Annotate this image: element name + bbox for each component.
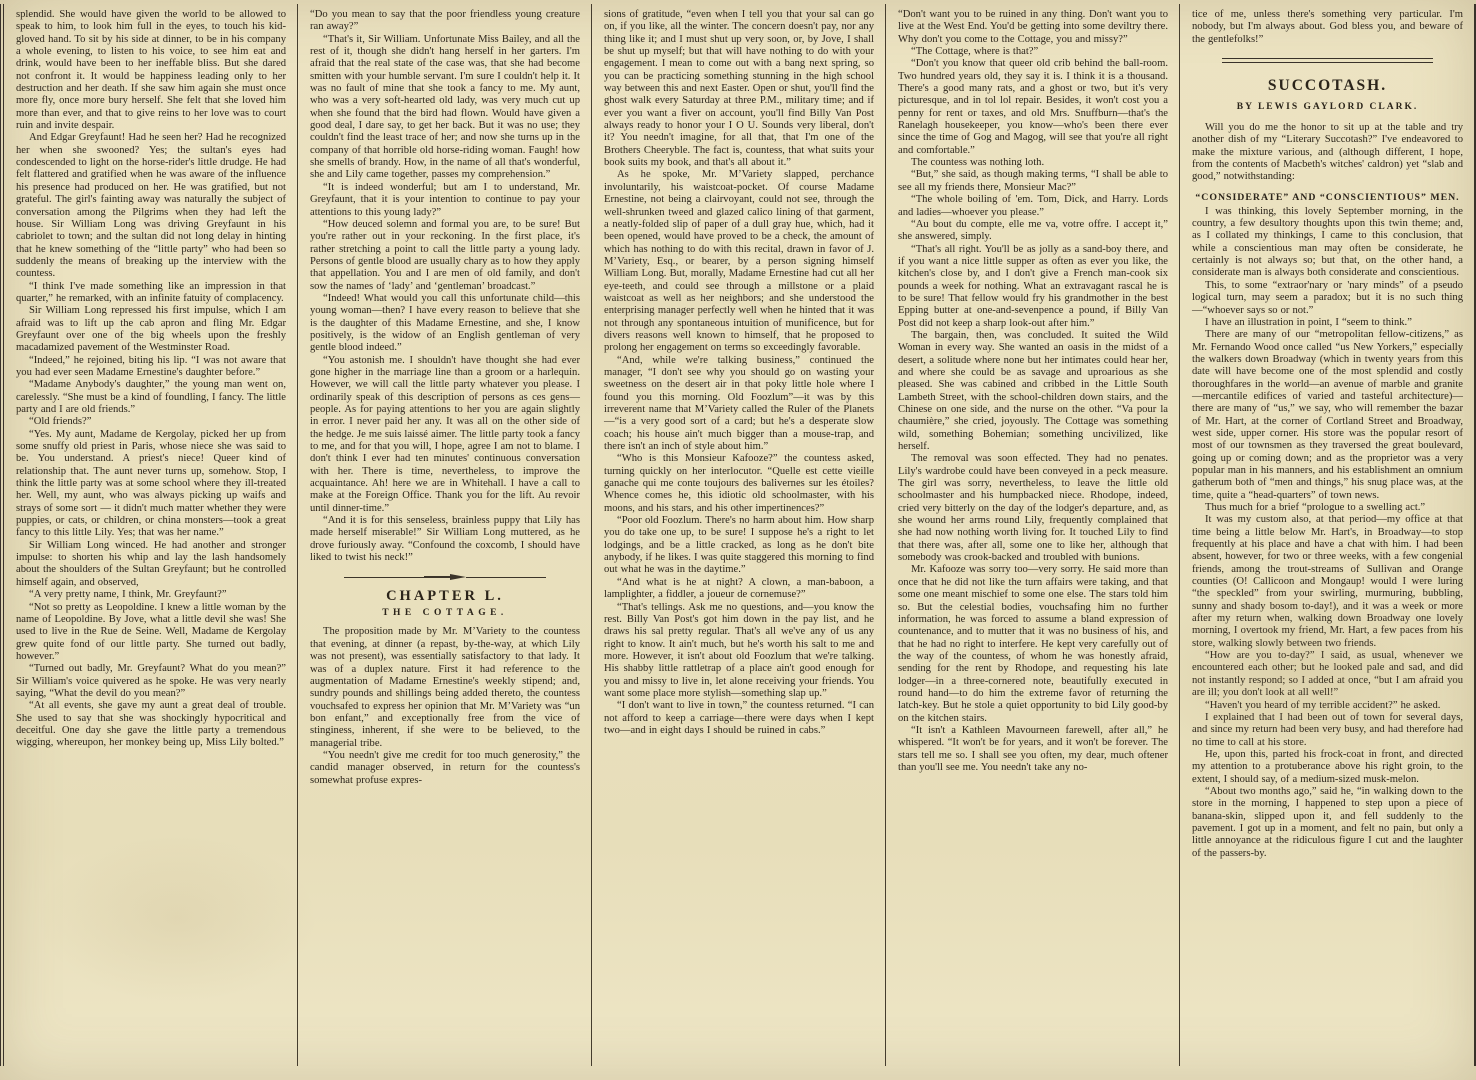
paragraph: “That's all right. You'll be as jolly as… — [898, 244, 1168, 330]
paragraph: “Turned out badly, Mr. Greyfaunt? What d… — [16, 663, 286, 700]
paragraph: “Old friends?” — [16, 416, 286, 428]
paragraph: I was thinking, this lovely September mo… — [1192, 206, 1463, 280]
paragraph: “And what is he at night? A clown, a man… — [604, 577, 874, 602]
text-column-4: “Don't want you to be ruined in any thin… — [886, 4, 1180, 1066]
paragraph: “Indeed,” he rejoined, biting his lip. “… — [16, 355, 286, 380]
paragraph-continued: splendid. She would have given the world… — [16, 9, 286, 132]
rule-segment — [450, 574, 466, 580]
paragraph: “I don't want to live in town,” the coun… — [604, 700, 874, 737]
paragraph: There are many of our “metropolitan fell… — [1192, 329, 1463, 502]
paragraph: “Haven't you heard of my terrible accide… — [1192, 700, 1463, 712]
rule-segment — [344, 577, 424, 578]
paragraph: “Yes. My aunt, Madame de Kergolay, picke… — [16, 429, 286, 540]
paragraph: “You needn't give me credit for too much… — [310, 750, 580, 787]
paragraph: “Madame Anybody's daughter,” the young m… — [16, 379, 286, 416]
paragraph: “Au bout du compte, elle me va, votre of… — [898, 219, 1168, 244]
paragraph: “How deuced solemn and formal you are, t… — [310, 219, 580, 293]
paragraph: “You astonish me. I shouldn't have thoug… — [310, 355, 580, 515]
paragraph-continued: sions of gratitude, “even when I tell yo… — [604, 9, 874, 169]
page-columns-container: splendid. She would have given the world… — [0, 4, 1476, 1066]
paragraph: “It is indeed wonderful; but am I to und… — [310, 182, 580, 219]
paragraph: I explained that I had been out of town … — [1192, 712, 1463, 749]
paragraph: The bargain, then, was concluded. It sui… — [898, 330, 1168, 453]
swelled-rule-divider — [344, 574, 546, 580]
paragraph: “That's tellings. Ask me no questions, a… — [604, 602, 874, 701]
text-column-5: tice of me, unless there's something ver… — [1180, 4, 1474, 1066]
paragraph: He, upon this, parted his frock-coat in … — [1192, 749, 1463, 786]
paragraph: “Who is this Monsieur Kafooze?” the coun… — [604, 453, 874, 515]
paragraph: Mr. Kafooze was sorry too—very sorry. He… — [898, 564, 1168, 724]
paragraph-continued: tice of me, unless there's something ver… — [1192, 9, 1463, 46]
paragraph: “The whole boiling of 'em. Tom, Dick, an… — [898, 194, 1168, 219]
paragraph-continued: “Do you mean to say that the poor friend… — [310, 9, 580, 34]
paragraph: The proposition made by Mr. M’Variety to… — [310, 626, 580, 749]
paragraph: “And it is for this senseless, brainless… — [310, 515, 580, 564]
text-column-3: sions of gratitude, “even when I tell yo… — [592, 4, 886, 1066]
paragraph: Sir William Long repressed his first imp… — [16, 305, 286, 354]
paragraph: “A very pretty name, I think, Mr. Greyfa… — [16, 589, 286, 601]
article-title: SUCCOTASH. — [1192, 77, 1463, 95]
chapter-subtitle: THE COTTAGE. — [310, 608, 580, 618]
double-rule-divider — [1222, 58, 1433, 63]
paragraph: And Edgar Greyfaunt! Had he seen her? Ha… — [16, 132, 286, 280]
paragraph-continued: “Don't want you to be ruined in any thin… — [898, 9, 1168, 46]
paragraph: “The Cottage, where is that?” — [898, 46, 1168, 58]
paragraph: “How are you to-day?” I said, as usual, … — [1192, 650, 1463, 699]
rule-segment — [424, 576, 450, 578]
paragraph: “About two months ago,” said he, “in wal… — [1192, 786, 1463, 860]
paragraph: The countess was nothing loth. — [898, 157, 1168, 169]
paragraph: “Not so pretty as Leopoldine. I knew a l… — [16, 602, 286, 664]
paragraph: Will you do me the honor to sit up at th… — [1192, 122, 1463, 184]
paragraph: Sir William Long winced. He had another … — [16, 540, 286, 589]
paragraph: “But,” she said, as though making terms,… — [898, 169, 1168, 194]
paragraph: This, to some “extraor'nary or 'nary min… — [1192, 280, 1463, 317]
section-heading: “CONSIDERATE” AND “CONSCIENTIOUS” MEN. — [1192, 192, 1463, 203]
text-column-1: splendid. She would have given the world… — [4, 4, 298, 1066]
paragraph: Thus much for a brief “prologue to a swe… — [1192, 502, 1463, 514]
article-byline: BY LEWIS GAYLORD CLARK. — [1192, 102, 1463, 112]
newspaper-page: splendid. She would have given the world… — [0, 0, 1476, 1080]
paragraph: “Poor old Foozlum. There's no harm about… — [604, 515, 874, 577]
text-column-2: “Do you mean to say that the poor friend… — [298, 4, 592, 1066]
rule-segment — [466, 577, 546, 578]
paragraph: “It isn't a Kathleen Mavourneen farewell… — [898, 725, 1168, 774]
paragraph: “Indeed! What would you call this unfort… — [310, 293, 580, 355]
chapter-heading: CHAPTER L. — [310, 588, 580, 605]
paragraph: The removal was soon effected. They had … — [898, 453, 1168, 564]
paragraph: As he spoke, Mr. M’Variety slapped, perc… — [604, 169, 874, 354]
paragraph: “At all events, she gave my aunt a great… — [16, 700, 286, 749]
paragraph: “Don't you know that queer old crib behi… — [898, 58, 1168, 157]
paragraph: “I think I've made something like an imp… — [16, 281, 286, 306]
paragraph: I have an illustration in point, I “seem… — [1192, 317, 1463, 329]
paragraph: It was my custom also, at that period—my… — [1192, 514, 1463, 650]
paragraph: “That's it, Sir William. Unfortunate Mis… — [310, 34, 580, 182]
paragraph: “And, while we're talking business,” con… — [604, 355, 874, 454]
